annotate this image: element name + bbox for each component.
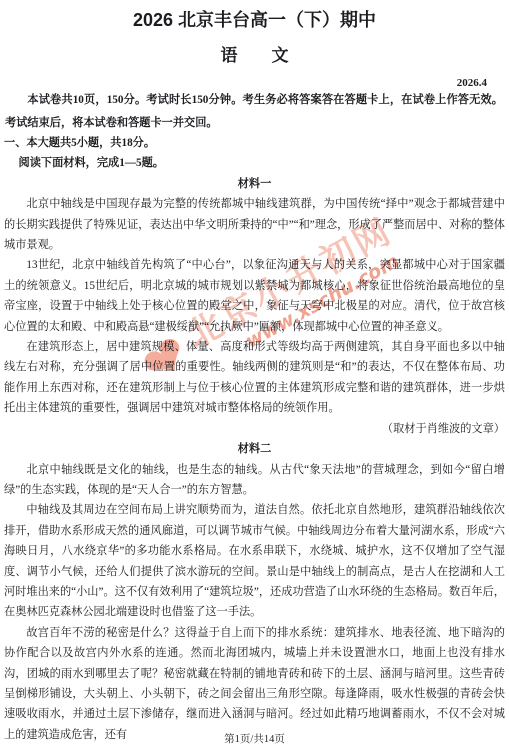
material-one-paragraph-3: 在建筑形态上，居中建筑规模、体量、高度和形式等级均高于两侧建筑，其自身平面也多以… [4, 337, 505, 419]
exam-date: 2026.4 [457, 77, 487, 89]
page-number: 第1页/共14页 [0, 731, 509, 746]
material-two-paragraph-1: 北京中轴线既是文化的轴线，也是生态的轴线。从古代“象天法地”的营城理念，到如今“… [4, 460, 505, 501]
section-subheading: 阅读下面材料，完成1—5题。 [4, 153, 505, 173]
material-two-heading: 材料二 [4, 439, 505, 459]
page-title: 2026 北京丰台高一（下）期中 [0, 6, 509, 32]
material-two-paragraph-2: 中轴线及其周边在空间布局上讲究顺势而为，道法自然。依托北京自然地形，建筑群沿轴线… [4, 500, 505, 622]
exam-content: 一、本大题共5小题，共18分。 阅读下面材料，完成1—5题。 材料一 北京中轴线… [4, 133, 505, 745]
section-heading: 一、本大题共5小题，共18分。 [4, 133, 505, 153]
exam-instructions: 本试卷共10页，150分。考试时长150分钟。考生务必将答案答在答题卡上，在试卷… [5, 89, 503, 135]
material-one-paragraph-1: 北京中轴线是中国现存最为完整的传统都城中轴线建筑群，为中国传统“择中”观念于都城… [4, 194, 505, 255]
material-one-heading: 材料一 [4, 174, 505, 194]
material-one-source: （取材于肖维波的文章） [4, 419, 505, 439]
material-two-paragraph-3: 故宫百年不涝的秘密是什么？这得益于自上而下的排水系统：建筑排水、地表径流、地下暗… [4, 623, 505, 745]
exam-paper-page: ❤ 北京小升初网 www.xschu.com 2026 北京丰台高一（下）期中 … [0, 0, 509, 752]
material-one-paragraph-2: 13世纪，北京中轴线首先构筑了“中心台”，以象征沟通天与人的关系，突显都城中心对… [4, 255, 505, 337]
subject-title: 语 文 [0, 41, 509, 66]
